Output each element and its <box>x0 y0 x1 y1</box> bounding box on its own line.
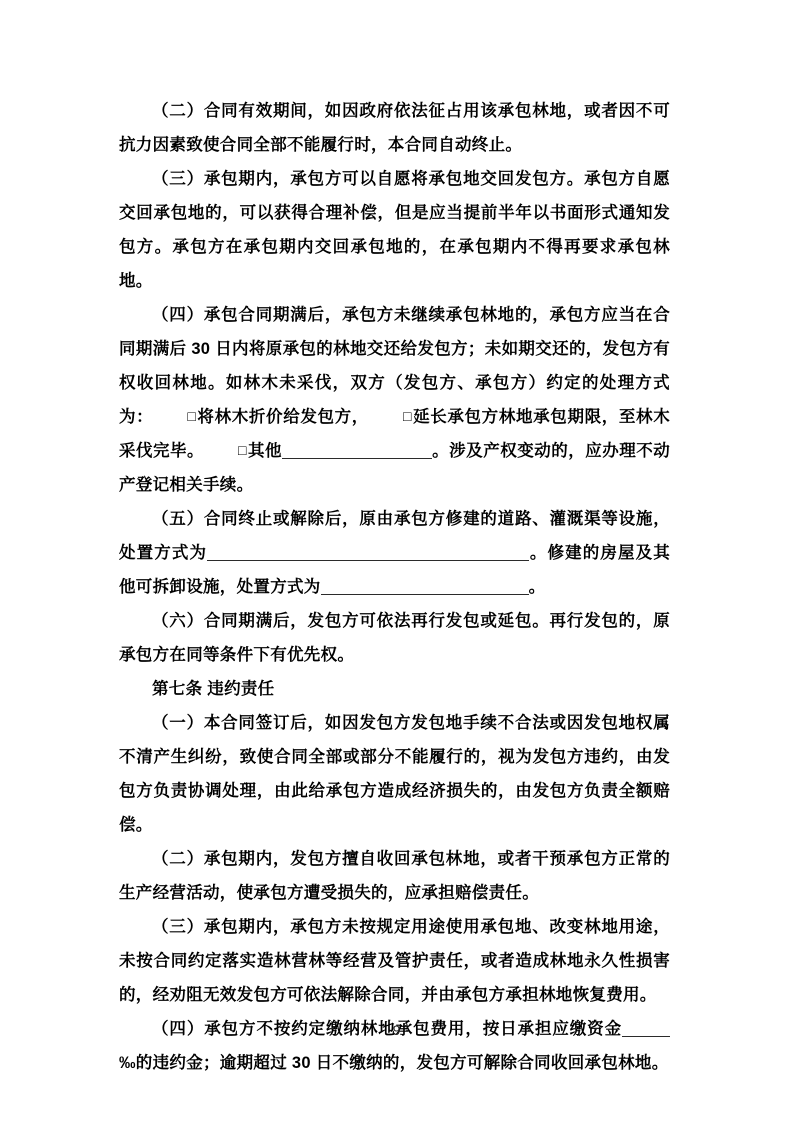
checkbox-icon: □ <box>369 399 413 433</box>
contract-body: （二）合同有效期间，如因政府依法征占用该承包林地，或者因不可抗力因素致使合同全部… <box>119 94 670 1080</box>
contract-paragraph: （三）承包期内，承包方未按规定用途使用承包地、改变林地用途，未按合同约定落实造林… <box>119 910 670 1012</box>
document-page: （二）合同有效期间，如因政府依法征占用该承包林地，或者因不可抗力因素致使合同全部… <box>0 0 793 1122</box>
fill-in-blank <box>282 443 432 459</box>
text-run: （二）合同有效期间，如因政府依法征占用该承包林地，或者因不可抗力因素致使合同全部… <box>119 102 670 154</box>
page-number: 9 <box>0 1022 793 1038</box>
text-run: 第七条 违约责任 <box>152 680 274 698</box>
text-run: 。 <box>529 578 546 596</box>
text-run: （二）承包期内，发包方擅自收回承包林地，或者干预承包方正常的生产经营活动，使承包… <box>119 850 670 902</box>
contract-paragraph: （二）承包期内，发包方擅自收回承包林地，或者干预承包方正常的生产经营活动，使承包… <box>119 842 670 910</box>
contract-paragraph: （一）本合同签订后，如因发包方发包地手续不合法或因发包地权属不清产生纠纷，致使合… <box>119 706 670 842</box>
checkbox-icon: □ <box>153 399 197 433</box>
checkbox-icon: □ <box>204 433 248 467</box>
text-run: （三）承包期内，承包方可以自愿将承包地交回发包方。承包方自愿交回承包地的，可以获… <box>119 170 670 290</box>
text-run: ‰的违约金；逾期超过 30 日不缴纳的，发包方可解除合同收回承包林地。 <box>119 1054 669 1072</box>
contract-paragraph: （三）承包期内，承包方可以自愿将承包地交回发包方。承包方自愿交回承包地的，可以获… <box>119 162 670 298</box>
text-run: （一）本合同签订后，如因发包方发包地手续不合法或因发包地权属不清产生纠纷，致使合… <box>119 714 670 834</box>
text-run: （六）合同期满后，发包方可依法再行发包或延包。再行发包的，原承包方在同等条件下有… <box>119 612 670 664</box>
fill-in-blank <box>207 545 529 561</box>
text-run: 将林木折价给发包方， <box>197 408 369 426</box>
article-heading: 第七条 违约责任 <box>119 672 670 706</box>
contract-paragraph: （六）合同期满后，发包方可依法再行发包或延包。再行发包的，原承包方在同等条件下有… <box>119 604 670 672</box>
contract-paragraph: （五）合同终止或解除后，原由承包方修建的道路、灌溉渠等设施，处置方式为。修建的房… <box>119 502 670 604</box>
contract-paragraph: （二）合同有效期间，如因政府依法征占用该承包林地，或者因不可抗力因素致使合同全部… <box>119 94 670 162</box>
fill-in-blank <box>321 579 529 595</box>
text-run: 其他 <box>248 442 282 460</box>
text-run: （三）承包期内，承包方未按规定用途使用承包地、改变林地用途，未按合同约定落实造林… <box>119 918 670 1004</box>
contract-paragraph: （四）承包合同期满后，承包方未继续承包林地的，承包方应当在合同期满后 30 日内… <box>119 298 670 502</box>
